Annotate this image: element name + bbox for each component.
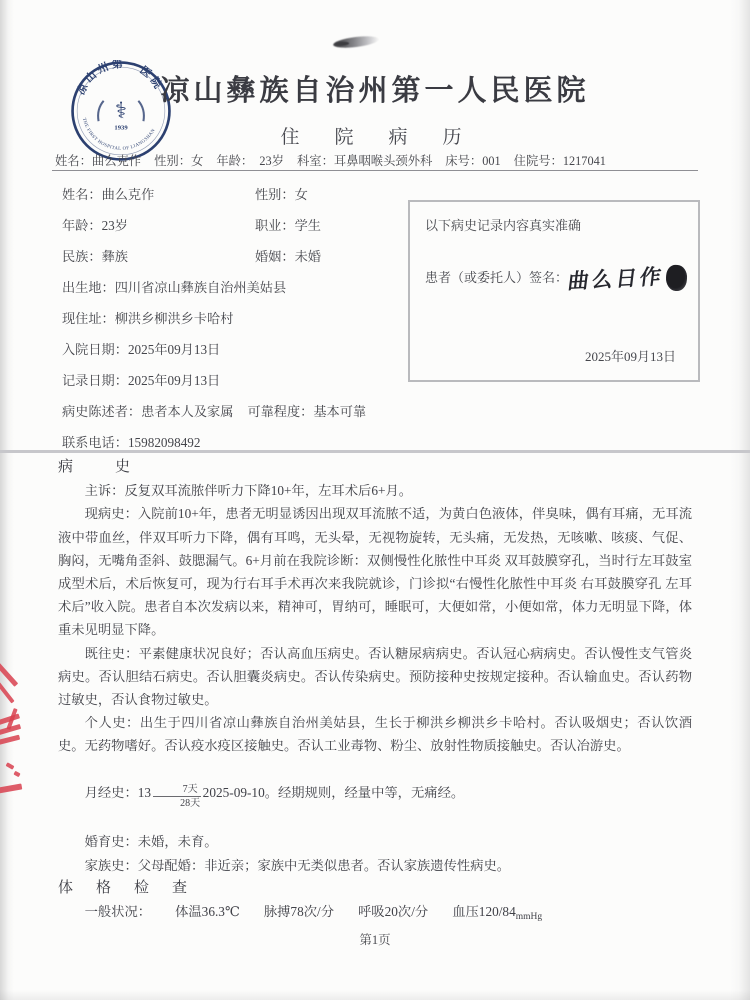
- contact-phone: 15982098492: [128, 435, 201, 450]
- history-title: 病 史: [58, 456, 692, 479]
- past-history: 既往史：平素健康状况良好；否认高血压病史。否认糖尿病病史。否认冠心病病史。否认慢…: [58, 642, 692, 712]
- signature-statement: 以下病史记录内容真实准确: [425, 215, 683, 234]
- summary-admission-number: 住院号：1217041: [514, 151, 606, 169]
- document-header: 凉山彝族自治州第一人民医院 住 院 病 历: [0, 68, 750, 149]
- patient-summary-line: 姓名：曲么克作 性别：女 年龄： 23岁 科室：耳鼻咽喉头颈外科 床号：001 …: [55, 151, 699, 169]
- family-history: 家族史：父母配婚：非近亲；家族中无类似患者。否认家族遗传性病史。: [58, 854, 692, 877]
- last-menstrual-period: 2025-09-10: [203, 785, 265, 800]
- signature-line: 患者（或委托人）签名：曲么日作: [425, 263, 683, 293]
- physical-exam-title: 体 格 检 查: [58, 877, 692, 900]
- patient-address: 柳洪乡柳洪乡卡哈村: [115, 311, 234, 326]
- header-divider: [52, 170, 698, 171]
- general-label: 一般状况：: [85, 904, 151, 919]
- document-title: 住 院 病 历: [0, 122, 750, 149]
- patient-job: 学生: [295, 218, 321, 233]
- fingerprint-mark: [665, 264, 688, 291]
- patient-signature: 曲么日作: [566, 260, 666, 295]
- info-row-age-job: 年龄：23岁 职业：学生: [62, 209, 407, 240]
- scan-edge-shadow-bottom: [0, 990, 750, 1000]
- respiration: 呼吸20次/分: [358, 904, 428, 919]
- info-row-name-sex: 姓名：曲么克作 性别：女: [62, 178, 407, 209]
- section-divider: [0, 450, 750, 453]
- signature-label: 患者（或委托人）签名：: [425, 270, 568, 285]
- hospital-name: 凉山彝族自治州第一人民医院: [0, 68, 750, 109]
- patient-info-block: 姓名：曲么克作 性别：女 年龄：23岁 职业：学生 民族：彝族 婚姻：未婚 出生…: [62, 178, 407, 457]
- page-number: 第1页: [0, 930, 750, 948]
- present-illness: 现病史：入院前10+年，患者无明显诱因出现双耳流脓不适，为黄白色液体，伴臭味，偶…: [58, 502, 692, 641]
- scan-edge-shadow-left: [0, 0, 14, 1000]
- info-row-admit-date: 入院日期：2025年09月13日: [62, 333, 407, 364]
- summary-bed-number: 床号：001: [445, 151, 500, 169]
- chief-complaint: 主诉：反复双耳流脓伴听力下降10+年，左耳术后6+月。: [58, 479, 692, 502]
- temperature: 体温36.3℃: [175, 904, 240, 919]
- history-section: 病 史 主诉：反复双耳流脓伴听力下降10+年，左耳术后6+月。 现病史：入院前1…: [58, 456, 692, 929]
- info-row-address: 现住址：柳洪乡柳洪乡卡哈村: [62, 302, 407, 333]
- menstrual-fraction: 7天28天: [153, 784, 201, 809]
- patient-sex: 女: [295, 187, 308, 202]
- summary-sex: 性别：女: [154, 151, 203, 169]
- summary-age: 年龄： 23岁: [216, 151, 284, 169]
- summary-name: 姓名：曲么克作: [55, 151, 141, 169]
- summary-department: 科室：耳鼻咽喉头颈外科: [297, 151, 432, 169]
- scan-edge-shadow-right: [730, 0, 750, 1000]
- info-row-record-date: 记录日期：2025年09月13日: [62, 364, 407, 395]
- info-row-ethnic-marriage: 民族：彝族 婚姻：未婚: [62, 240, 407, 271]
- menstrual-history: 月经史：137天28天2025-09-10。经期规则，经量中等，无痛经。: [58, 781, 692, 809]
- ink-smudge-artifact: [333, 34, 380, 50]
- patient-ethnic: 彝族: [102, 249, 128, 264]
- bp-unit: mmHg: [516, 912, 542, 922]
- patient-name: 曲么克作: [102, 187, 155, 202]
- pulse: 脉搏78次/分: [264, 904, 334, 919]
- reliability: 基本可靠: [313, 404, 366, 419]
- info-row-narrator: 病史陈述者：患者本人及家属 可靠程度：基本可靠: [62, 395, 407, 426]
- red-seal-fragment: [0, 656, 28, 814]
- blood-pressure: 血压120/84mmHg: [452, 904, 542, 919]
- general-condition-line: 一般状况：体温36.3℃脉搏78次/分呼吸20次/分血压120/84mmHg: [58, 900, 692, 929]
- signature-date: 2025年09月13日: [585, 346, 676, 365]
- signature-box: 以下病史记录内容真实准确 患者（或委托人）签名：曲么日作 2025年09月13日: [408, 200, 700, 382]
- admit-date: 2025年09月13日: [128, 342, 220, 357]
- patient-marriage: 未婚: [295, 249, 321, 264]
- info-row-birthplace: 出生地：四川省凉山彝族自治州美姑县: [62, 271, 407, 302]
- patient-age: 23岁: [102, 218, 128, 233]
- history-narrator: 患者本人及家属: [141, 404, 233, 419]
- patient-birthplace: 四川省凉山彝族自治州美姑县: [115, 280, 286, 295]
- personal-history: 个人史：出生于四川省凉山彝族自治州美姑县，生长于柳洪乡柳洪乡卡哈村。否认吸烟史；…: [58, 711, 692, 757]
- medical-record-page: 凉山州第一医院 THE FIRST HOSPITAL OF LIANGSHAN …: [0, 0, 750, 1000]
- record-date: 2025年09月13日: [128, 373, 220, 388]
- marital-history: 婚育史：未婚，未育。: [58, 830, 692, 853]
